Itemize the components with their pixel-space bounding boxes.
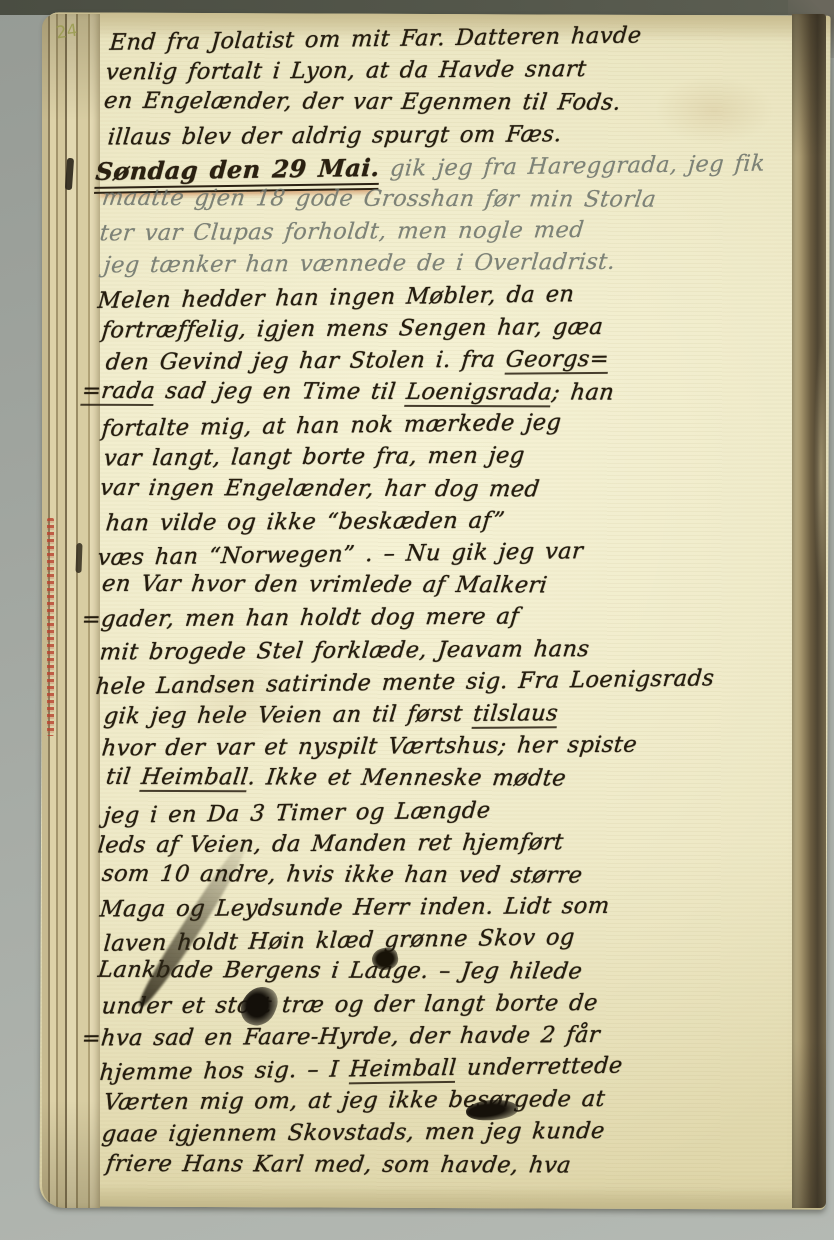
red-edge-stamp	[47, 518, 54, 736]
handwritten-text: =rada	[80, 378, 156, 406]
manuscript-line: hvor der var et nyspilt Værtshus; her sp…	[100, 728, 798, 765]
manuscript-line: som 10 andre, hvis ikke han ved større	[100, 858, 798, 893]
handwritten-text: gik jeg fra Hareggrada, jeg fik	[379, 150, 766, 181]
handwritten-text: var ingen Engelænder, har dog med	[99, 474, 542, 502]
manuscript-line: maatte gjen 18 gode Grosshan før min Sto…	[100, 182, 798, 217]
handwritten-text: han vilde og ikke “beskæden af”	[104, 507, 506, 536]
page-number: 24	[55, 21, 79, 44]
handwritten-text: Heimball	[139, 764, 249, 792]
handwritten-text: væs han “Norwegen” . – Nu gik jeg var	[97, 538, 584, 571]
handwritten-text: som 10 andre, hvis ikke han ved større	[101, 861, 584, 889]
manuscript-line: =gader, men han holdt dog mere af	[80, 599, 798, 636]
handwritten-text: under et stort træ og der langt borte de	[100, 990, 599, 1019]
handwritten-text: sad jeg en Time til	[153, 378, 408, 405]
handwritten-text: hjemme hos sig. – I	[99, 1056, 351, 1085]
manuscript-line: Lankbade Bergens i Laage. – Jeg hilede	[96, 954, 798, 989]
handwritten-text: til	[105, 764, 143, 790]
handwritten-text: Heimball	[348, 1055, 457, 1084]
page-bottom-edge	[39, 1184, 825, 1209]
handwritten-text: gik jeg hele Veien an til først	[102, 701, 474, 730]
manuscript-line: leds af Veien, da Manden ret hjemført	[96, 824, 798, 861]
handwritten-text: jeg i en Da 3 Timer og Længde	[103, 797, 492, 828]
handwritten-text: fortalte mig, at han nok mærkede jeg	[101, 410, 563, 442]
handwritten-text: friere Hans Karl med, som havde, hva	[105, 1150, 573, 1178]
manuscript-line: gik jeg hele Veien an til først tilslaus	[102, 696, 798, 733]
handwritten-text: End fra Jolatist om mit Far. Datteren ha…	[109, 22, 643, 55]
manuscript-line: var langt, langt borte fra, men jeg	[102, 438, 798, 475]
handwritten-text: =hva sad en Faare-Hyrde, der havde 2 får	[80, 1022, 601, 1052]
manuscript-line: en Engelænder, der var Egenmen til Fods.	[102, 85, 798, 120]
handwritten-text: =gader, men han holdt dog mere af	[80, 604, 520, 633]
handwritten-text: venlig fortalt i Lyon, at da Havde snart	[104, 56, 587, 85]
handwritten-text: var langt, langt borte fra, men jeg	[102, 443, 525, 472]
handwritten-text: fortræffelig, igjen mens Sengen har, gæa	[100, 314, 604, 343]
handwritten-text: Værten mig om, at jeg ikke besørgede at	[102, 1086, 606, 1115]
manuscript-line: fortræffelig, igjen mens Sengen har, gæa	[100, 309, 798, 346]
manuscript-line: ter var Clupas forholdt, men nogle med	[98, 213, 798, 250]
manuscript-line: den Gevind jeg har Stolen i. fra Georgs=	[104, 341, 798, 378]
handwritten-text: mit brogede Stel forklæde, Jeavam hans	[98, 636, 590, 665]
handwritten-text: leds af Veien, da Manden ret hjemført	[96, 829, 564, 858]
manuscript-line: en Var hvor den vrimlede af Malkeri	[100, 568, 798, 603]
handwritten-text: maatte gjen 18 gode Grosshan før min Sto…	[101, 185, 658, 213]
handwritten-text: Georgs=	[504, 346, 610, 375]
spine-ink-mark	[75, 543, 82, 573]
manuscript-line: gaae igjennem Skovstads, men jeg kunde	[100, 1114, 798, 1151]
manuscript-line: venlig fortalt i Lyon, at da Havde snart	[104, 52, 798, 89]
handwritten-text: den Gevind jeg har Stolen i. fra	[104, 346, 507, 375]
manuscript-scan: 24 End fra Jolatist om mit Far. Datteren…	[0, 0, 834, 1240]
handwritten-text: ; han	[550, 379, 615, 405]
handwritten-text: en Var hvor den vrimlede af Malkeri	[101, 571, 549, 599]
handwritten-text: Maga og Leydsunde Herr inden. Lidt som	[98, 893, 610, 923]
handwritten-text: underrettede	[456, 1053, 624, 1081]
handwritten-text: jeg tænker han vænnede de i Overladrist.	[102, 249, 616, 279]
handwritten-text: Melen hedder han ingen Møbler, da en	[97, 281, 576, 314]
handwritten-text: en Engelænder, der var Egenmen til Fods.	[103, 88, 623, 116]
handwritten-text: . Ikke et Menneske mødte	[247, 765, 568, 792]
handwritten-text: Loenigsrada	[404, 379, 553, 408]
manuscript-lines: End fra Jolatist om mit Far. Datteren ha…	[96, 22, 796, 1181]
handwritten-text: ter var Clupas forholdt, men nogle med	[98, 217, 585, 246]
manuscript-line: Værten mig om, at jeg ikke besørgede at	[102, 1082, 798, 1119]
manuscript-line: under et stort træ og der langt borte de	[100, 985, 798, 1022]
book-gutter-spine-edge	[792, 14, 826, 1208]
manuscript-line: var ingen Engelænder, har dog med	[98, 471, 798, 506]
manuscript-line: til Heimball. Ikke et Menneske mødte	[104, 761, 798, 796]
handwritten-text: tilslaus	[472, 700, 560, 729]
handwritten-text: illaus blev der aldrig spurgt om Fæs.	[106, 121, 563, 150]
manuscript-line: friere Hans Karl med, som havde, hva	[104, 1147, 798, 1182]
handwritten-text: hele Landsen satirinde mente sig. Fra Lo…	[95, 665, 716, 700]
gutter-wear-highlight	[814, 340, 828, 600]
handwritten-text: hvor der var et nyspilt Værtshus; her sp…	[100, 732, 638, 762]
handwritten-text: gaae igjennem Skovstads, men jeg kunde	[100, 1118, 606, 1148]
